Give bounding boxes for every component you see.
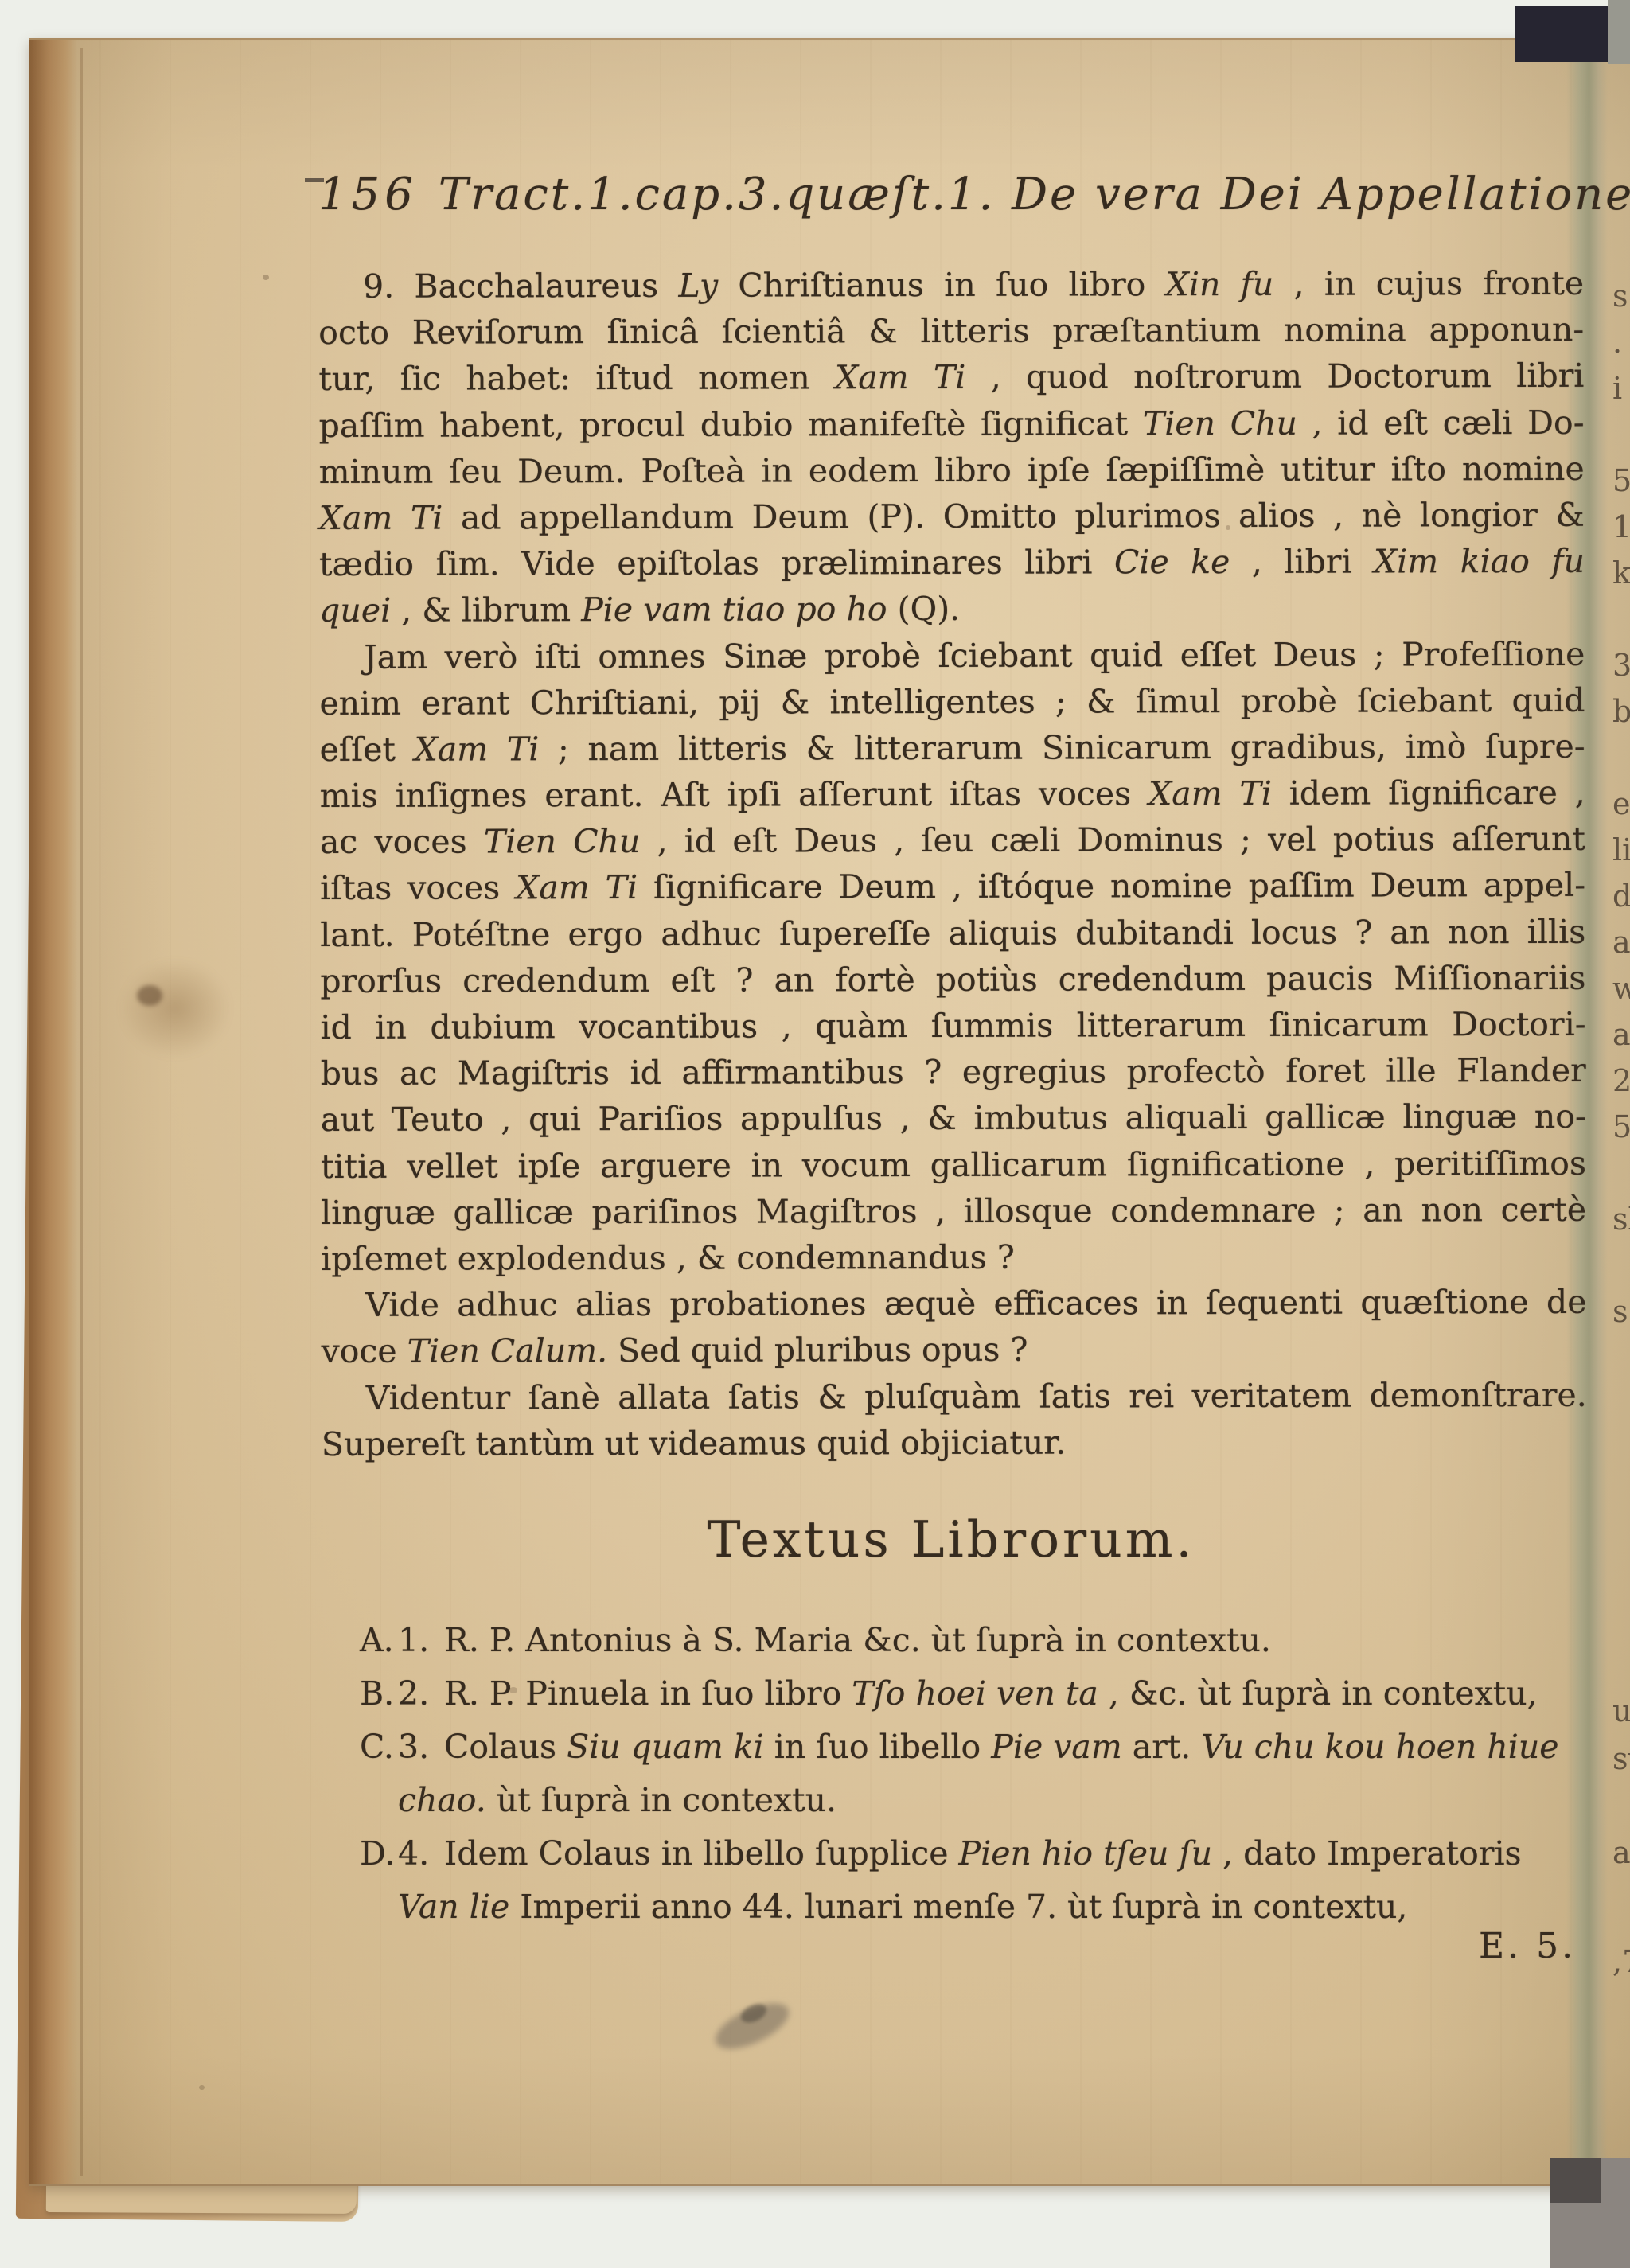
paper-stain	[137, 985, 162, 1006]
text-segment: ſignificare Deum , iſtóque nomine paſſim…	[638, 866, 1585, 906]
text-line: lant. Potéſtne ergo adhuc ſupereſſe aliq…	[320, 908, 1585, 957]
text-segment: R. P. Pinuela in ſuo libro	[444, 1674, 852, 1713]
text-line: iſtas voces Xam Ti ſignificare Deum , iſ…	[320, 862, 1585, 911]
paper-speck	[199, 2085, 205, 2090]
list-item-text-continuation: chao. ùt ſuprà in contextu.	[318, 1774, 1604, 1827]
text-segment: , id eſt Deus , ſeu cæli Dominus ; vel p…	[640, 820, 1585, 860]
text-segment: bus ac Magiſtris id affirmantibus ? egre…	[321, 1051, 1586, 1093]
text-segment: Tſo hoei ven ta	[852, 1674, 1098, 1713]
text-segment: , &c. ùt ſuprà in contextu,	[1098, 1674, 1538, 1713]
marginalia-fragment: u	[1612, 1695, 1630, 1727]
marginalia-fragment: sl	[1612, 1203, 1630, 1235]
text-segment: idem ſignificare ,	[1272, 774, 1585, 813]
text-line: paſſim habent, procul dubio manifeſtè ſi…	[318, 399, 1584, 448]
text-line: id in dubium vocantibus , quàm ſummis li…	[320, 1001, 1585, 1050]
list-item-text: Idem Colaus in libello ſupplice Pien hio…	[444, 1827, 1604, 1880]
paper-speck	[263, 275, 269, 280]
text-line: Jam verò iſti omnes Sinæ probè ſciebant …	[319, 630, 1585, 680]
text-segment: , dato Imperatoris	[1212, 1834, 1522, 1872]
text-segment: enim erant Chriſtiani, pij & intelligent…	[319, 681, 1585, 723]
marginalia-fragment: 1	[1612, 511, 1630, 543]
text-segment: linguæ gallicæ pariſinos Magiſtros , ill…	[321, 1191, 1586, 1232]
list-item-number: 2.	[398, 1667, 444, 1720]
list-item-letter: A.	[318, 1614, 398, 1667]
text-segment: Tien Calum.	[407, 1331, 608, 1370]
text-segment: (Q).	[887, 590, 960, 628]
scanner-edge-strip	[1608, 0, 1630, 64]
text-segment: Sed quid pluribus opus ?	[607, 1331, 1028, 1370]
list-item-number: 1.	[398, 1614, 444, 1667]
marginalia-fragment: k	[1612, 557, 1630, 589]
scanned-book-page: 156Tract.1.cap.3.quæſt.1. De vera Dei Ap…	[0, 0, 1630, 2268]
text-segment: , & librum	[391, 590, 581, 629]
marginalia-fragment: 2	[1612, 1065, 1630, 1097]
list-item-line: B.2.R. P. Pinuela in ſuo libro Tſo hoei …	[318, 1667, 1604, 1720]
text-line: tædio ſim. Vide epiſtolas præliminares l…	[319, 538, 1585, 587]
marginalia-fragment: ai	[1612, 1837, 1630, 1869]
list-item-line: Van lie Imperii anno 44. lunari menſe 7.…	[318, 1880, 1604, 1934]
list-item-text: R. P. Pinuela in ſuo libro Tſo hoei ven …	[444, 1667, 1604, 1720]
text-line: ac voces Tien Chu , id eſt Deus , ſeu cæ…	[320, 816, 1585, 865]
list-item-letter: D.	[318, 1827, 398, 1880]
text-segment: paſſim habent, procul dubio manifeſtè ſi…	[318, 404, 1142, 445]
list-item-line: D.4.Idem Colaus in libello ſupplice Pien…	[318, 1827, 1604, 1880]
text-segment: ac voces	[320, 823, 484, 862]
list-item-text: Colaus Siu quam ki in ſuo libello Pie va…	[444, 1720, 1604, 1774]
text-segment: , libri	[1230, 543, 1374, 581]
catchword: E. 5.	[1479, 1926, 1576, 1966]
section-heading: Textus Librorum.	[318, 1510, 1584, 1569]
marginalia-fragment: 5	[1612, 1111, 1630, 1143]
text-segment: Xin fu	[1166, 265, 1274, 303]
text-line: minum ſeu Deum. Poſteà in eodem libro ip…	[319, 446, 1585, 495]
text-segment: minum ſeu Deum. Poſteà in eodem libro ip…	[319, 450, 1585, 491]
text-segment: Ly	[678, 267, 718, 305]
scanner-edge-block	[1550, 2158, 1601, 2203]
text-line: prorſus credendum eſt ? an fortè potiùs …	[320, 955, 1585, 1004]
text-line: Supereſt tantùm ut videamus quid objicia…	[322, 1418, 1587, 1467]
text-line: aut Teuto , qui Pariſios appulſus , & im…	[321, 1093, 1586, 1143]
marginalia-fragment: 3	[1612, 649, 1630, 681]
text-segment: R. P. Antonius à S. Maria &c. ùt ſuprà i…	[444, 1621, 1271, 1659]
list-item-number: 4.	[398, 1827, 444, 1880]
text-segment: mis inſignes erant. Aſt ipſi aſſerunt iſ…	[320, 774, 1148, 815]
text-segment: Videntur ſanè allata ſatis & pluſquàm ſa…	[366, 1375, 1587, 1417]
text-segment: voce	[322, 1332, 407, 1370]
text-segment: Xam Ti	[835, 358, 965, 396]
text-segment: Vide adhuc alias probationes æquè effica…	[365, 1283, 1586, 1324]
text-segment: Pien hio tſeu ſu	[959, 1834, 1213, 1872]
text-line: 9. Bacchalaureus Ly Chriſtianus in ſuo l…	[318, 260, 1584, 310]
body-text: 9. Bacchalaureus Ly Chriſtianus in ſuo l…	[318, 260, 1587, 1467]
text-segment: aut Teuto , qui Pariſios appulſus , & im…	[321, 1097, 1586, 1139]
text-segment: Supereſt tantùm ut videamus quid objicia…	[322, 1423, 1067, 1463]
text-segment: ad appellandum Deum (P). Omitto plurimos…	[443, 496, 1585, 537]
list-item-line: chao. ùt ſuprà in contextu.	[318, 1774, 1604, 1827]
text-segment: Jam verò iſti omnes Sinæ probè ſciebant …	[364, 634, 1585, 676]
text-segment: ipſemet explodendus , & condemnandus ?	[321, 1238, 1015, 1278]
text-segment: Xam Ti	[319, 499, 443, 537]
text-line: ipſemet explodendus , & condemnandus ?	[321, 1233, 1586, 1282]
text-line: eſſet Xam Ti ; nam litteris & litterarum…	[320, 723, 1585, 773]
text-segment: Xim kiao fu	[1374, 542, 1585, 581]
text-segment: Colaus	[444, 1728, 567, 1766]
text-segment: Siu quam ki	[567, 1728, 764, 1766]
text-segment: Tien Chu	[1143, 403, 1297, 442]
textus-librorum-list: A.1.R. P. Antonius à S. Maria &c. ùt ſup…	[318, 1614, 1604, 1934]
list-item-number: 3.	[398, 1720, 444, 1774]
running-header: 156Tract.1.cap.3.quæſt.1. De vera Dei Ap…	[318, 169, 1580, 220]
text-segment: ; nam litteris & litterarum Sinicarum gr…	[539, 727, 1585, 768]
text-segment: chao.	[398, 1781, 486, 1819]
text-line: tur, ſic habet: iſtud nomen Xam Ti , quo…	[318, 353, 1584, 402]
list-item-text: R. P. Antonius à S. Maria &c. ùt ſuprà i…	[444, 1614, 1604, 1667]
text-segment: tædio ſim. Vide epiſtolas præliminares l…	[319, 544, 1114, 584]
text-segment: prorſus credendum eſt ? an fortè potiùs …	[320, 959, 1585, 1000]
text-segment: Cie ke	[1114, 543, 1230, 581]
scanner-dark-block	[1515, 6, 1608, 62]
text-segment: Pie vam tiao po ho	[581, 590, 887, 629]
text-segment: Xam Ti	[1148, 774, 1272, 813]
text-segment: Imperii anno 44. lunari menſe 7. ùt ſupr…	[509, 1888, 1407, 1926]
text-line: voce Tien Calum. Sed quid pluribus opus …	[322, 1325, 1587, 1374]
text-line: Xam Ti ad appellandum Deum (P). Omitto p…	[319, 492, 1585, 541]
marginalia-fragment: d	[1612, 880, 1630, 912]
marginalia-fragment: s	[1612, 1296, 1630, 1327]
text-segment: Xam Ti	[516, 868, 638, 906]
marginalia-fragment: e	[1612, 788, 1630, 820]
text-line: titia vellet ipſe arguere in vocum galli…	[321, 1140, 1586, 1189]
marginalia-fragment: ai	[1612, 926, 1630, 958]
text-line: Videntur ſanè allata ſatis & pluſquàm ſa…	[322, 1371, 1587, 1420]
text-segment: iſtas voces	[320, 869, 516, 908]
text-segment: Idem Colaus in libello ſupplice	[444, 1834, 959, 1872]
text-segment: Vu chu kou hoen hiue	[1201, 1728, 1558, 1766]
text-segment: Chriſtianus in ſuo libro	[718, 265, 1166, 304]
marginalia-fragment: i	[1612, 372, 1630, 404]
text-segment: , in cujus fronte	[1273, 264, 1584, 303]
text-line: enim erant Chriſtiani, pij & intelligent…	[319, 677, 1585, 727]
marginalia-fragment: sv	[1612, 1743, 1630, 1775]
text-line: mis inſignes erant. Aſt ipſi aſſerunt iſ…	[320, 770, 1585, 819]
list-item-line: A.1.R. P. Antonius à S. Maria &c. ùt ſup…	[318, 1614, 1604, 1667]
marginalia-fragment: b	[1612, 696, 1630, 727]
marginalia-fragment: w	[1612, 972, 1630, 1004]
list-item-letter: C.	[318, 1720, 398, 1774]
text-segment: tur, ſic habet: iſtud nomen	[318, 359, 835, 399]
list-item-letter: B.	[318, 1667, 398, 1720]
text-segment: quei	[319, 591, 391, 629]
text-segment: Pie vam	[991, 1728, 1121, 1766]
text-segment: ùt ſuprà in contextu.	[486, 1781, 836, 1819]
text-segment: in ſuo libello	[764, 1728, 992, 1766]
text-segment: , quod noſtrorum Doctorum libri	[965, 357, 1584, 396]
marginalia-fragment: ,7	[1612, 1946, 1630, 1978]
text-line: quei , & librum Pie vam tiao po ho (Q).	[319, 584, 1585, 633]
list-item-line: C.3.Colaus Siu quam ki in ſuo libello Pi…	[318, 1720, 1604, 1774]
marginalia-fragment: .	[1612, 326, 1630, 358]
marginalia-fragment: 5	[1612, 465, 1630, 497]
text-segment: Tien Chu	[484, 822, 641, 861]
text-segment: eſſet	[320, 731, 415, 769]
text-segment: octo Reviſorum ſinicâ ſcientiâ & litteri…	[318, 310, 1584, 352]
text-line: bus ac Magiſtris id affirmantibus ? egre…	[321, 1047, 1586, 1097]
running-title: Tract.1.cap.3.quæſt.1. De vera Dei Appel…	[439, 169, 1630, 220]
list-item-text-continuation: Van lie Imperii anno 44. lunari menſe 7.…	[318, 1880, 1604, 1934]
text-line: octo Reviſorum ſinicâ ſcientiâ & litteri…	[318, 306, 1584, 356]
marginalia-fragment: li	[1612, 834, 1630, 866]
text-segment: id in dubium vocantibus , quàm ſummis li…	[320, 1005, 1585, 1046]
text-segment: lant. Potéſtne ergo adhuc ſupereſſe aliq…	[320, 912, 1585, 953]
marginalia-fragment: s	[1612, 280, 1630, 312]
text-line: Vide adhuc alias probationes æquè effica…	[321, 1279, 1586, 1328]
paper-stain	[119, 959, 231, 1058]
page-number: 156	[318, 169, 418, 220]
text-line: linguæ gallicæ pariſinos Magiſtros , ill…	[321, 1187, 1586, 1236]
text-segment: 9. Bacchalaureus	[363, 267, 678, 306]
text-segment: Xam Ti	[415, 730, 540, 768]
text-segment: titia vellet ipſe arguere in vocum galli…	[321, 1144, 1586, 1185]
text-segment: Van lie	[398, 1888, 509, 1926]
text-segment: art.	[1122, 1728, 1202, 1766]
marginalia-fragment: a	[1612, 1019, 1630, 1050]
text-segment: , id eſt cæli Do-	[1297, 403, 1585, 442]
